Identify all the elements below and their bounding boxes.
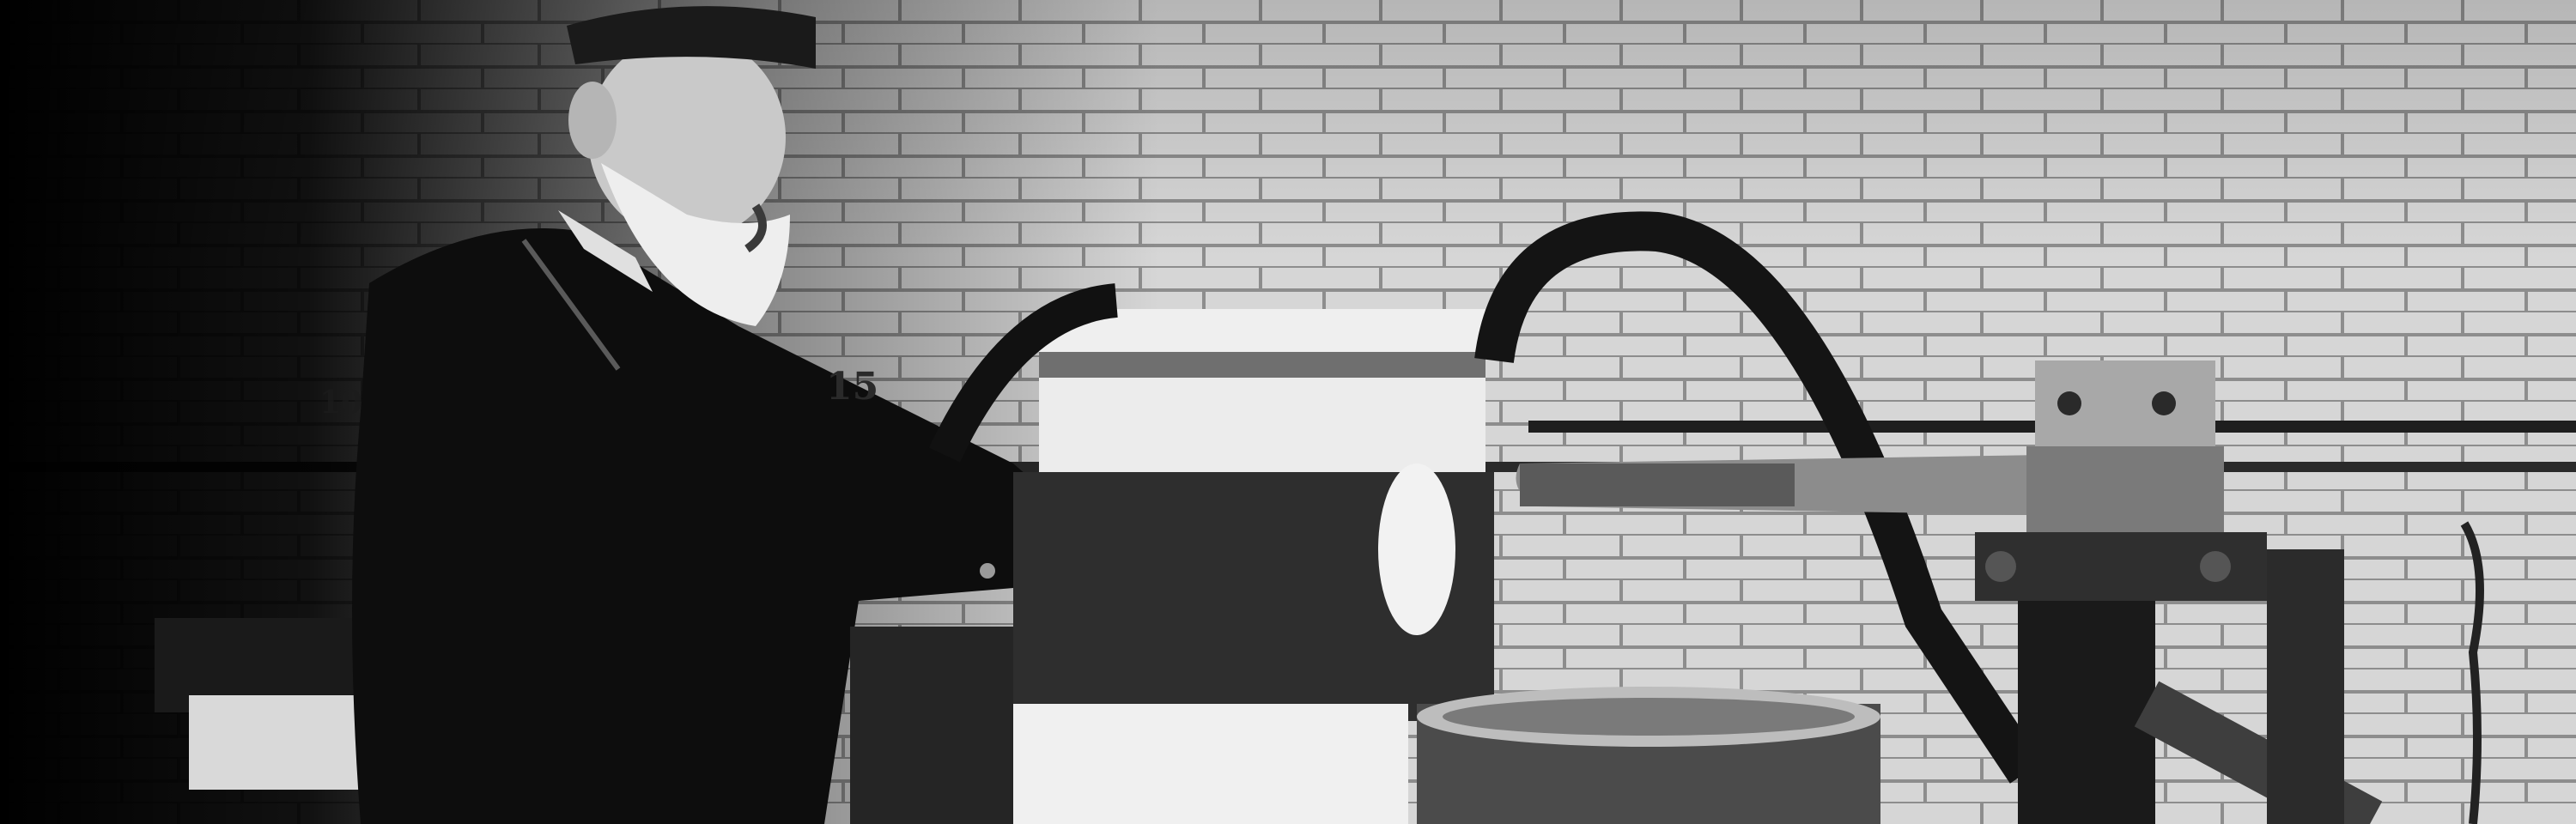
stand (2018, 601, 2155, 824)
scene (0, 0, 2576, 824)
photograph: 15 10 (0, 0, 2576, 824)
wall-number-15: 15 (826, 365, 878, 409)
wall-number-10: 10 (319, 385, 362, 421)
